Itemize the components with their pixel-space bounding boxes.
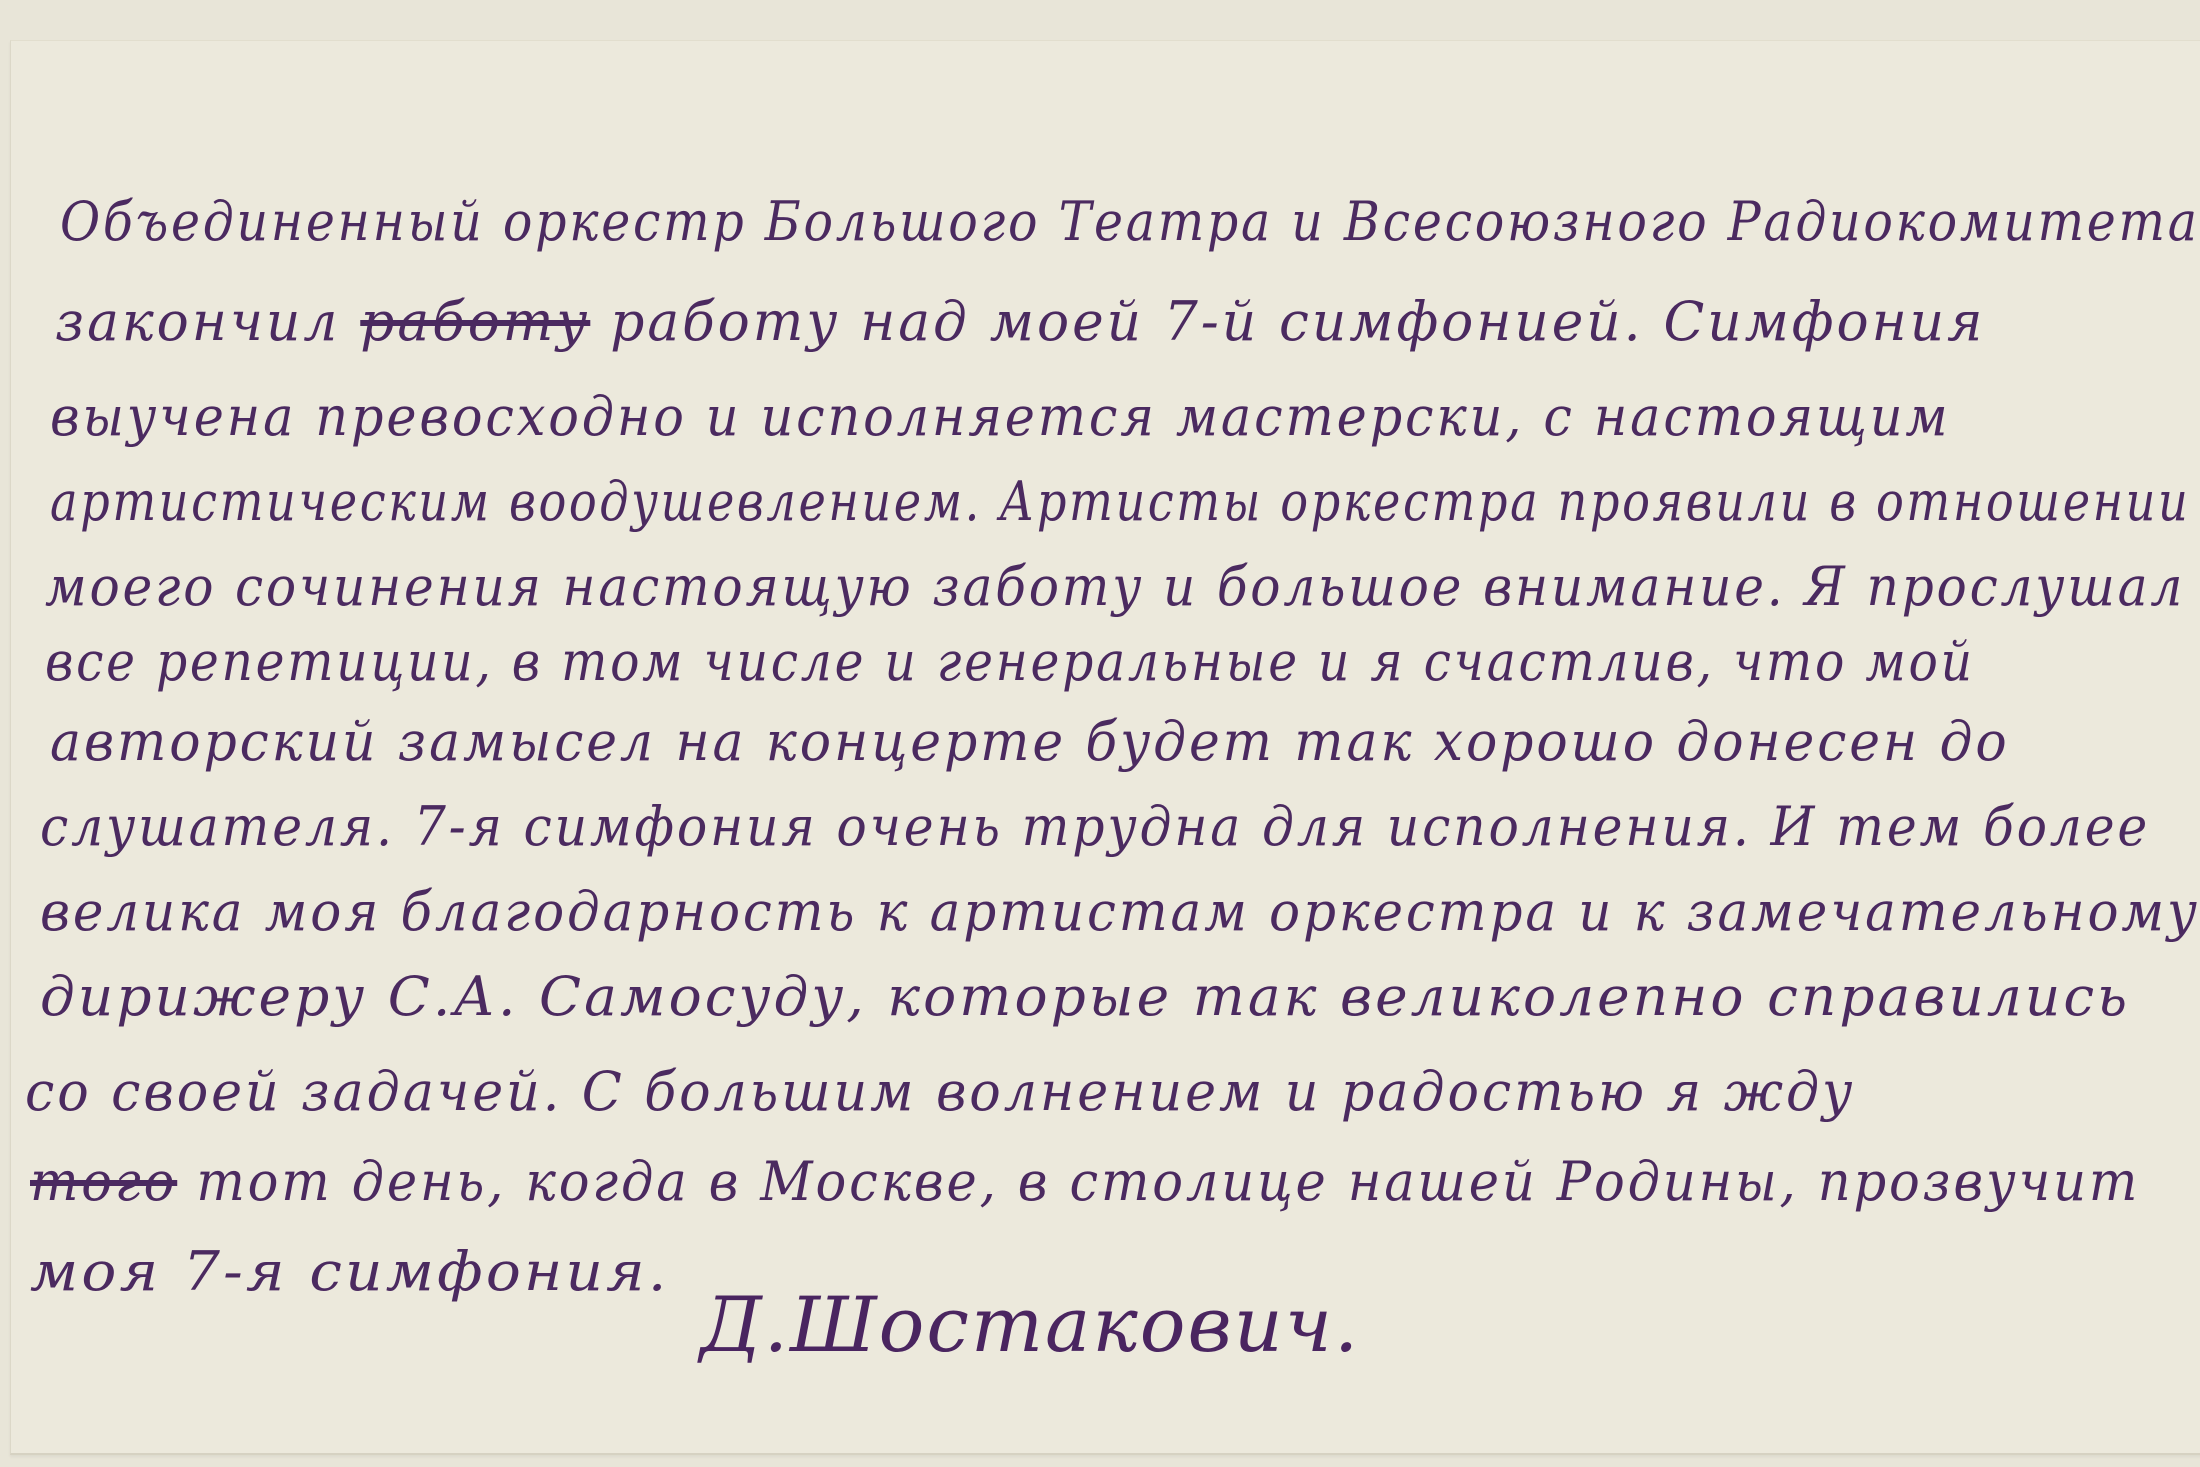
- letter-line-2: закончил работу работу над моей 7-й симф…: [55, 290, 1985, 353]
- letter-line-11: со своей задачей. С большим волнением и …: [25, 1060, 1855, 1123]
- letter-line-12: того тот день, когда в Москве, в столице…: [30, 1150, 2140, 1213]
- letter-line-3: выучена превосходно и исполняется мастер…: [50, 385, 1950, 448]
- letter-line-9: велика моя благодарность к артистам орке…: [40, 880, 2200, 943]
- line-text-after: работу над моей 7-й симфонией. Симфония: [590, 290, 1985, 353]
- signature: Д.Шостакович.: [700, 1280, 1360, 1369]
- letter-line-6: все репетиции, в том числе и генеральные…: [45, 630, 1975, 693]
- struck-word: работу: [360, 290, 590, 353]
- letter-line-8: слушателя. 7-я симфония очень трудна для…: [40, 795, 2150, 858]
- letter-line-4: артистическим воодушевлением. Артисты ор…: [50, 470, 2190, 533]
- struck-word: того: [30, 1150, 177, 1213]
- letter-line-1: Объединенный оркестр Большого Театра и В…: [60, 190, 2200, 253]
- letter-line-5: моего сочинения настоящую заботу и больш…: [45, 555, 2185, 618]
- letter-line-7: авторский замысел на концерте будет так …: [50, 710, 2010, 773]
- letter-line-10: дирижеру С.А. Самосуду, которые так вели…: [40, 965, 2130, 1028]
- letter-line-13: моя 7-я симфония.: [30, 1240, 670, 1303]
- line-text-after: тот день, когда в Москве, в столице наше…: [177, 1150, 2140, 1213]
- line-text-before: закончил: [55, 290, 360, 353]
